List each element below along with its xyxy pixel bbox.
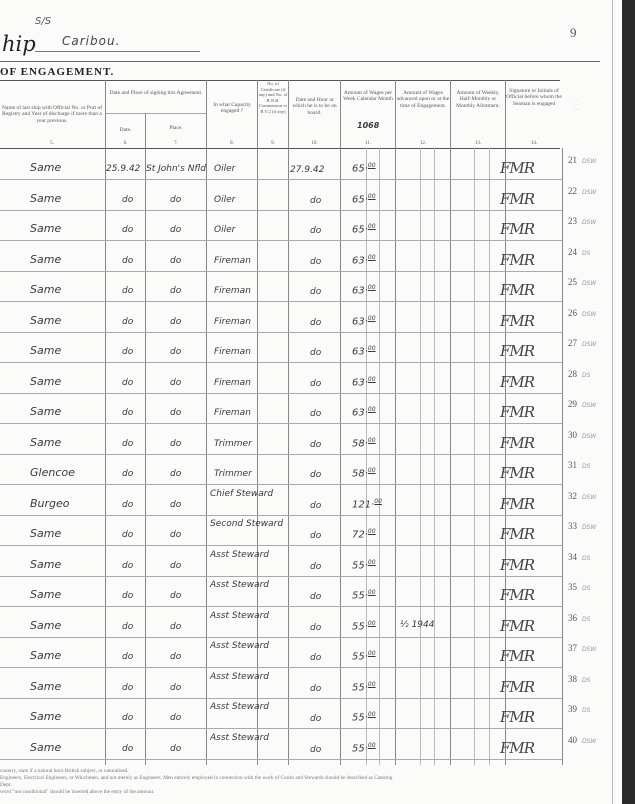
row-annotation: DS (582, 677, 590, 684)
last-ship: Same (30, 314, 61, 327)
row-rule (0, 515, 562, 516)
row-number: 24 (568, 247, 577, 257)
on-board-date: do (310, 409, 321, 419)
official-initials-signature: FMR (500, 312, 534, 330)
row-annotation: DSW (582, 311, 596, 318)
row-annotation: DS (582, 555, 590, 562)
signing-place: do (170, 378, 181, 388)
scan-edge (622, 0, 635, 804)
col14-header: Signature or Initials of Official before… (506, 88, 562, 107)
row-number: 39 (568, 704, 577, 714)
monthly-wage: 55·00 (352, 650, 376, 662)
row-number: 29 (568, 399, 577, 409)
on-board-date: do (310, 318, 321, 328)
col6-header: Date. (106, 127, 145, 133)
footnote-3: Dept. (0, 782, 12, 788)
official-initials-signature: FMR (500, 556, 534, 574)
crew-agreement-page: hip S/S Caribou. 9 OF ENGAGEMENT. Name o… (0, 0, 622, 804)
on-board-date: do (310, 226, 321, 236)
table-header-bottom-rule (0, 148, 560, 149)
on-board-date: do (310, 623, 321, 633)
row-annotation: DS (582, 372, 590, 379)
row-rule (0, 332, 562, 333)
capacity: Asst Steward (210, 672, 254, 682)
capacity: Fireman (214, 286, 251, 296)
row-number: 28 (568, 369, 577, 379)
row-rule (0, 728, 562, 729)
col5-number: 5. (0, 141, 104, 146)
last-ship: Same (30, 558, 61, 571)
signing-place: do (170, 408, 181, 418)
page-edge-line (612, 0, 613, 804)
row-annotation: DSW (582, 494, 596, 501)
row-number: 27 (568, 338, 577, 348)
footnote-2: Engineers, Electrical Engineers, or Winc… (0, 775, 392, 781)
official-initials-signature: FMR (500, 403, 534, 421)
row-rule (0, 667, 562, 668)
official-initials-signature: FMR (500, 281, 534, 299)
ship-name-underline (35, 51, 200, 52)
col10-header: Date and Hour at which he is to be on bo… (289, 97, 340, 116)
signing-place: do (170, 286, 181, 296)
row-number: 33 (568, 521, 577, 531)
signing-date: do (122, 286, 133, 296)
on-board-date: do (310, 653, 321, 663)
signing-place: do (170, 317, 181, 327)
row-rule (0, 393, 562, 394)
on-board-date: do (310, 287, 321, 297)
row-number: 30 (568, 430, 577, 440)
monthly-wage: 63·00 (352, 376, 376, 388)
last-ship: Same (30, 283, 61, 296)
signing-place: do (170, 195, 181, 205)
signing-date: do (122, 683, 133, 693)
capacity: Asst Steward (210, 550, 254, 560)
official-initials-signature: FMR (500, 464, 534, 482)
ship-label: hip (2, 32, 36, 56)
row-rule (0, 240, 562, 241)
header-rule (0, 61, 600, 62)
on-board-date: do (310, 531, 321, 541)
official-initials-signature: FMR (500, 251, 534, 269)
row-number: 38 (568, 674, 577, 684)
last-ship: Same (30, 436, 61, 449)
last-ship: Same (30, 192, 61, 205)
monthly-wage: 65·00 (352, 193, 376, 205)
row-number: 31 (568, 460, 577, 470)
capacity: Fireman (214, 256, 251, 266)
row-number: 26 (568, 308, 577, 318)
row-annotation: DSW (582, 189, 596, 196)
row-number: 32 (568, 491, 577, 501)
signing-place: do (170, 652, 181, 662)
last-ship: Same (30, 527, 61, 540)
row-annotation: DSW (582, 738, 596, 745)
on-board-date: do (310, 592, 321, 602)
official-initials-signature: FMR (500, 373, 534, 391)
signing-place: do (170, 439, 181, 449)
footnote-4: word "not conditional" should be inserte… (0, 789, 154, 795)
row-rule (0, 271, 562, 272)
capacity: Second Steward (210, 519, 254, 529)
signing-date: do (122, 195, 133, 205)
col7-header: Place. (146, 125, 206, 131)
advance-note: ½ 1944 (400, 620, 435, 630)
signing-date: do (122, 408, 133, 418)
official-initials-signature: FMR (500, 159, 534, 177)
official-initials-signature: FMR (500, 647, 534, 665)
reference-number-header: ⋮⋮⋮ (564, 84, 578, 124)
row-rule (0, 210, 562, 211)
capacity: Oiler (214, 164, 235, 174)
row-number: 36 (568, 613, 577, 623)
signing-date: do (122, 500, 133, 510)
row-rule (0, 362, 562, 363)
row-rule (0, 545, 562, 546)
on-board-date: do (310, 257, 321, 267)
row-annotation: DSW (582, 524, 596, 531)
monthly-wage: 65·00 (352, 223, 376, 235)
last-ship: Same (30, 588, 61, 601)
monthly-wage: 63·00 (352, 345, 376, 357)
section-title: OF ENGAGEMENT. (0, 66, 114, 78)
signing-place: do (170, 713, 181, 723)
row-annotation: DSW (582, 280, 596, 287)
row-number: 25 (568, 277, 577, 287)
monthly-wage: 55·00 (352, 589, 376, 601)
signing-date: do (122, 622, 133, 632)
monthly-wage: 65·00 (352, 162, 376, 174)
monthly-wage: 72·00 (352, 528, 376, 540)
signing-date: do (122, 469, 133, 479)
signing-date: do (122, 317, 133, 327)
ship-name: Caribou. (62, 34, 120, 48)
capacity: Asst Steward (210, 641, 254, 651)
col8-number: 8. (207, 141, 257, 146)
capacity: Fireman (214, 408, 251, 418)
col8-header: In what Capacity engaged ? (207, 102, 257, 115)
monthly-wage: 63·00 (352, 406, 376, 418)
signing-date: do (122, 530, 133, 540)
capacity: Oiler (214, 195, 235, 205)
last-ship: Same (30, 649, 61, 662)
signing-place: do (170, 469, 181, 479)
capacity: Oiler (214, 225, 235, 235)
monthly-wage: 63·00 (352, 254, 376, 266)
signing-place: do (170, 256, 181, 266)
signing-date: do (122, 561, 133, 571)
signing-date: do (122, 225, 133, 235)
last-ship: Same (30, 375, 61, 388)
monthly-wage: 63·00 (352, 315, 376, 327)
row-annotation: DS (582, 250, 590, 257)
monthly-wage: 55·00 (352, 742, 376, 754)
col6-7-group-header: Date and Place of signing this Agreement… (106, 90, 206, 96)
capacity: Asst Steward (210, 611, 254, 621)
row-annotation: DSW (582, 402, 596, 409)
official-initials-signature: FMR (500, 434, 534, 452)
monthly-wage: 55·00 (352, 620, 376, 632)
official-initials-signature: FMR (500, 190, 534, 208)
col11-handwritten-note: 1068 (357, 121, 379, 130)
monthly-wage: 55·00 (352, 681, 376, 693)
capacity: Trimmer (214, 439, 252, 449)
capacity: Fireman (214, 378, 251, 388)
row-rule (0, 454, 562, 455)
capacity: Fireman (214, 317, 251, 327)
official-initials-signature: FMR (500, 678, 534, 696)
footnote-1: country, state if a natural born British… (0, 768, 129, 774)
monthly-wage: 55·00 (352, 559, 376, 571)
row-rule (0, 576, 562, 577)
col13-number: 13. (451, 141, 505, 146)
col14-number: 14. (506, 141, 562, 146)
capacity: Fireman (214, 347, 251, 357)
monthly-wage: 58·00 (352, 467, 376, 479)
on-board-date: do (310, 470, 321, 480)
signing-place: do (170, 683, 181, 693)
col10-number: 10. (289, 141, 340, 146)
signing-place: do (170, 744, 181, 754)
row-annotation: DS (582, 585, 590, 592)
signing-date: do (122, 744, 133, 754)
col9-number: 9. (258, 141, 288, 146)
row-annotation: DSW (582, 158, 596, 165)
col-divider (562, 148, 563, 765)
signing-date: do (122, 652, 133, 662)
last-ship: Same (30, 680, 61, 693)
signing-date: do (122, 378, 133, 388)
last-ship: Same (30, 710, 61, 723)
last-ship: Same (30, 253, 61, 266)
col5-header: Name of last ship with Official No. or P… (0, 105, 104, 124)
capacity: Chief Steward (210, 489, 254, 499)
col6-number: 6. (106, 141, 145, 146)
row-number: 23 (568, 216, 577, 226)
col12-number: 12. (396, 141, 450, 146)
row-annotation: DSW (582, 433, 596, 440)
on-board-date: do (310, 501, 321, 511)
capacity: Asst Steward (210, 702, 254, 712)
last-ship: Same (30, 161, 61, 174)
on-board-date: do (310, 714, 321, 724)
official-initials-signature: FMR (500, 708, 534, 726)
official-initials-signature: FMR (500, 739, 534, 757)
on-board-date: do (310, 379, 321, 389)
on-board-date: do (310, 684, 321, 694)
row-number: 34 (568, 552, 577, 562)
capacity: Asst Steward (210, 733, 254, 743)
last-ship: Glencoe (30, 466, 75, 479)
row-rule (0, 301, 562, 302)
row-annotation: DS (582, 707, 590, 714)
row-rule (0, 759, 562, 760)
monthly-wage: 58·00 (352, 437, 376, 449)
row-number: 35 (568, 582, 577, 592)
on-board-date: do (310, 745, 321, 755)
col13-header: Amount of Weekly, Half-Monthly or Monthl… (451, 90, 505, 109)
last-ship: Burgeo (30, 497, 70, 510)
signing-date: 25.9.42 (106, 164, 140, 174)
row-number: 21 (568, 155, 577, 165)
row-rule (0, 606, 562, 607)
official-initials-signature: FMR (500, 617, 534, 635)
page-number: 9 (570, 25, 577, 41)
last-ship: Same (30, 222, 61, 235)
row-annotation: DSW (582, 646, 596, 653)
row-number: 40 (568, 735, 577, 745)
row-number: 37 (568, 643, 577, 653)
signing-place: do (170, 622, 181, 632)
official-initials-signature: FMR (500, 586, 534, 604)
col9-header: No. of Certificate (if any) and No. of R… (258, 81, 288, 115)
row-rule (0, 484, 562, 485)
capacity: Trimmer (214, 469, 252, 479)
on-board-date: do (310, 348, 321, 358)
signing-place: do (170, 530, 181, 540)
col12-header: Amount of Wages advanced upon or at the … (396, 90, 450, 109)
on-board-date: 27.9.42 (290, 165, 324, 175)
row-rule (0, 423, 562, 424)
row-number: 22 (568, 186, 577, 196)
row-rule (0, 179, 562, 180)
signing-date: do (122, 256, 133, 266)
signing-place: do (170, 500, 181, 510)
signing-date: do (122, 439, 133, 449)
row-annotation: DS (582, 463, 590, 470)
official-initials-signature: FMR (500, 495, 534, 513)
official-initials-signature: FMR (500, 525, 534, 543)
row-annotation: DSW (582, 219, 596, 226)
row-annotation: DSW (582, 341, 596, 348)
row-rule (0, 637, 562, 638)
row-rule (0, 698, 562, 699)
signing-place: do (170, 225, 181, 235)
signing-place: do (170, 347, 181, 357)
signing-date: do (122, 591, 133, 601)
signing-place: do (170, 561, 181, 571)
on-board-date: do (310, 440, 321, 450)
ship-prefix: S/S (35, 16, 51, 27)
signing-date: do (122, 713, 133, 723)
last-ship: Same (30, 619, 61, 632)
last-ship: Same (30, 344, 61, 357)
signing-date: do (122, 347, 133, 357)
on-board-date: do (310, 196, 321, 206)
last-ship: Same (30, 405, 61, 418)
col7-number: 7. (146, 141, 206, 146)
monthly-wage: 63·00 (352, 284, 376, 296)
signing-place: St John's Nfld (146, 164, 206, 174)
monthly-wage: 55·00 (352, 711, 376, 723)
row-annotation: DS (582, 616, 590, 623)
last-ship: Same (30, 741, 61, 754)
signing-place: do (170, 591, 181, 601)
on-board-date: do (310, 562, 321, 572)
capacity: Asst Steward (210, 580, 254, 590)
col11-header: Amount of Wages per Week Calendar Month (341, 90, 395, 103)
official-initials-signature: FMR (500, 342, 534, 360)
col11-number: 11. (341, 141, 395, 146)
date-place-subdivider (106, 113, 206, 114)
monthly-wage: 121·00 (352, 498, 382, 510)
official-initials-signature: FMR (500, 220, 534, 238)
